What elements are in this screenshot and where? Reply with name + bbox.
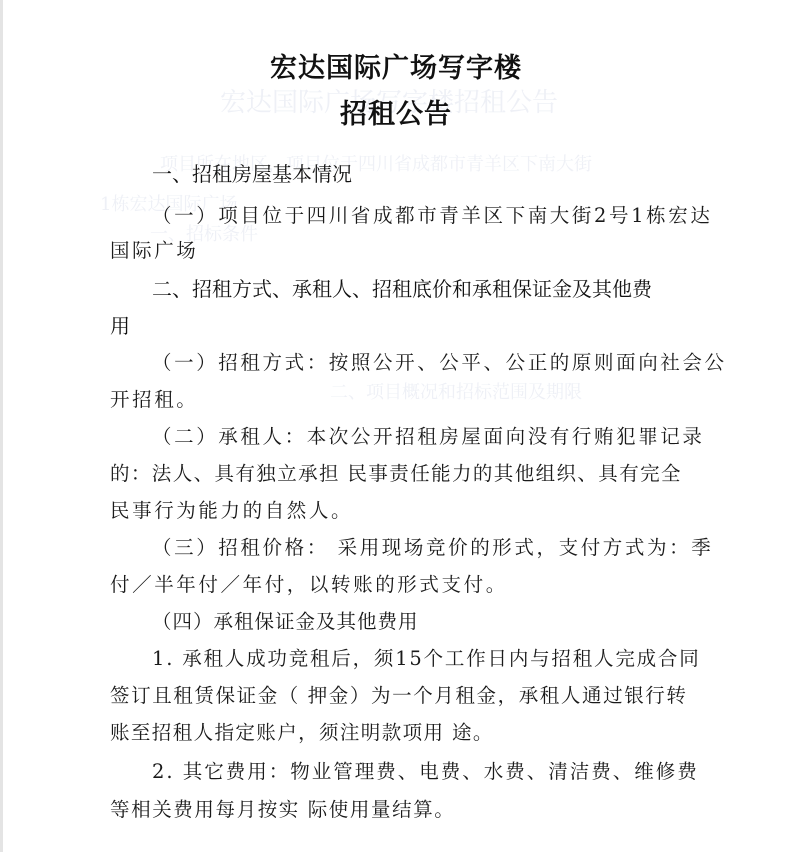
paragraph-line: 民事行为能力的自然人。: [110, 495, 353, 523]
paragraph-line: 开招租。: [110, 384, 198, 412]
paragraph-line: 国际广场: [110, 235, 198, 263]
paragraph-line: （三）招租价格： 采用现场竞价的形式，支付方式为：季: [152, 532, 713, 560]
section-heading-2-cont: 用: [110, 310, 130, 339]
paragraph-line: （二）承租人：本次公开招租房屋面向没有行贿犯罪记录: [152, 421, 705, 449]
paragraph-line: （一）项目位于四川省成都市青羊区下南大街2号1栋宏达: [152, 200, 712, 228]
bleed-through-line: 二、项目概况和招标范围及期限: [330, 378, 582, 404]
paragraph-line: 等相关费用每月按实 际使用量结算。: [110, 794, 455, 822]
paragraph-line: 的：法人、具有独立承担 民事责任能力的其他组织、具有完全: [110, 458, 682, 486]
paragraph-line: 付／半年付／年付，以转账的形式支付。: [110, 569, 508, 597]
paragraph-line: （一）招租方式：按照公开、公平、公正的原则面向社会公: [152, 347, 727, 375]
paragraph-line: 签订且租赁保证金（ 押金）为一个月租金，承租人通过银行转: [110, 680, 688, 708]
paragraph-line: 账至招租人指定账户，须注明款项用 途。: [110, 717, 494, 745]
document-page: 宏达国际广场写字楼招租公告 项目所在地区，项目位于四川省成都市青羊区下南大街 1…: [0, 0, 792, 852]
paragraph-line: 2. 其它费用：物业管理费、电费、水费、清洁费、维修费: [152, 756, 699, 784]
section-heading-2: 二、招租方式、承租人、招租底价和承租保证金及其他费: [152, 273, 652, 302]
document-subtitle: 招租公告: [0, 92, 792, 131]
subsection-heading-4: （四）承租保证金及其他费用: [152, 606, 419, 634]
paragraph-line: 1. 承租人成功竞租后，须15个工作日内与招租人完成合同: [152, 643, 701, 671]
document-title: 宏达国际广场写字楼: [0, 46, 792, 85]
section-heading-1: 一、招租房屋基本情况: [152, 158, 352, 187]
